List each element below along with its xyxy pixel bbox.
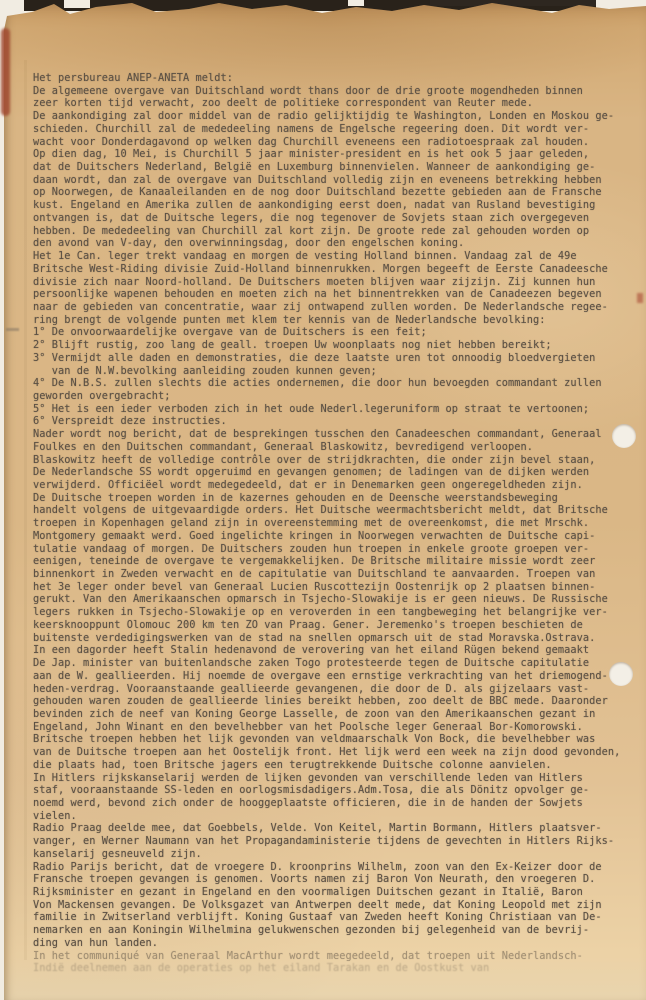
text-line: Fransche troepen gevangen is genomen. Vo… xyxy=(33,873,639,886)
text-line: De Nederlandsche SS wordt opgeruimd en g… xyxy=(33,466,639,479)
text-line: bevinden zich de neef van Koning George … xyxy=(33,708,639,721)
paper-crease xyxy=(24,60,27,960)
text-line: Britsche troepen hebben het lijk gevonde… xyxy=(33,733,639,746)
text-line: ontvangen is, dat de Duitsche legers, di… xyxy=(33,212,639,225)
text-line: De aankondiging zal door middel van de r… xyxy=(33,110,639,123)
red-ink-mark xyxy=(1,28,10,116)
text-line: 1° De onvoorwaardelijke overgave van de … xyxy=(33,326,639,339)
torn-paper-notch xyxy=(64,0,90,8)
text-line: In een dagorder heeft Stalin hedenavond … xyxy=(33,644,639,657)
text-line: het 3e leger onder bevel van Generaal Lu… xyxy=(33,581,639,594)
text-line: legers rukken in Tsjecho-Slowakije op en… xyxy=(33,606,639,619)
text-line: ding van hun landen. xyxy=(33,937,639,950)
text-line: In het communiqué van Generaal MacArthur… xyxy=(33,950,639,963)
text-line: divisie zich naar Noord-holland. De Duit… xyxy=(33,276,639,289)
text-line: wacht voor Donderdagavond op welken dag … xyxy=(33,136,639,149)
text-line: 4° De N.B.S. zullen slechts die acties o… xyxy=(33,377,639,390)
text-line: persoonlijke wapenen behouden en moeten … xyxy=(33,288,639,301)
text-line: verwijderd. Officiëel wordt medegedeeld,… xyxy=(33,479,639,492)
text-line: keersknooppunt Olomouc 200 km ten ZO van… xyxy=(33,619,639,632)
document-text: Het persbureau ANEP-ANETA meldt:De algem… xyxy=(33,72,639,975)
text-line: Von Mackensen gevangen. De Volksgazet va… xyxy=(33,899,639,912)
text-line: daan wordt, dan zal de overgave van Duit… xyxy=(33,174,639,187)
text-line: kanselarij gesneuveld zijn. xyxy=(33,848,639,861)
text-line: 6° Verspreidt deze instructies. xyxy=(33,415,639,428)
text-line: Foulkes en den Duitschen commandant, Gen… xyxy=(33,441,639,454)
text-line: ring brengt de volgende punten met klem … xyxy=(33,314,639,327)
text-line: van de N.W.bevolking aanleiding zouden k… xyxy=(33,365,639,378)
punch-hole xyxy=(612,424,636,448)
text-line: Op dien dag, 10 Mei, is Churchill 5 jaar… xyxy=(33,148,639,161)
text-line: Indië deelnemen aan de operaties op het … xyxy=(33,962,639,975)
text-line: Britsche West-Riding divisie Zuid-Hollan… xyxy=(33,263,639,276)
text-line: heden-verdrag. Vooraanstaande geallieerd… xyxy=(33,683,639,696)
text-line: vanger, en Werner Naumann van het Propag… xyxy=(33,835,639,848)
text-line: staf, vooraanstaande SS-leden en oorlogs… xyxy=(33,784,639,797)
text-line: handelt volgens de uitgevaardigde orders… xyxy=(33,504,639,517)
pencil-dash-mark xyxy=(6,328,19,331)
text-line: eenigen, teneinde de overgave te vergema… xyxy=(33,555,639,568)
text-line: Engeland, John Winant en den bevelhebber… xyxy=(33,721,639,734)
text-line: aan de W. geallieerden. Hij noemde de ov… xyxy=(33,670,639,683)
text-line: De Jap. minister van buitenlandsche zake… xyxy=(33,657,639,670)
text-line: Montgomery gemaakt werd. Goed ingelichte… xyxy=(33,530,639,543)
text-line: In Hitlers rijkskanselarij werden de lij… xyxy=(33,772,639,785)
text-line: Blaskowitz heeft de volledige contrôle o… xyxy=(33,454,639,467)
text-line: De Duitsche troepen worden in de kazerne… xyxy=(33,492,639,505)
text-line: van de Duitsche troepen aan het Oostelij… xyxy=(33,746,639,759)
text-line: Radio Praag deelde mee, dat Goebbels, Ve… xyxy=(33,822,639,835)
text-line: naar de gebieden van concentratie, waar … xyxy=(33,301,639,314)
text-line: dat de Duitschers Nederland, België en L… xyxy=(33,161,639,174)
text-line: gehouden waren zouden de geallieerde lin… xyxy=(33,695,639,708)
text-line: kust. Engeland en Amerika zullen de aank… xyxy=(33,199,639,212)
text-line: die plaats had, toen Britsche jagers een… xyxy=(33,759,639,772)
text-line: vielen. xyxy=(33,810,639,823)
text-line: buitenste verdedigingswerken van de stad… xyxy=(33,632,639,645)
text-line: Radio Parijs bericht, dat de vroegere D.… xyxy=(33,861,639,874)
punch-hole xyxy=(609,662,633,686)
text-line: troepen in Kopenhagen geland zijn in ove… xyxy=(33,517,639,530)
text-line: 3° Vermijdt alle daden en demonstraties,… xyxy=(33,352,639,365)
text-line: familie in Zwitserland verblijft. Koning… xyxy=(33,911,639,924)
text-line: tulatie vandaag of morgen. De Duitschers… xyxy=(33,543,639,556)
text-line: op Noorwegen, de Kanaaleilanden en de no… xyxy=(33,186,639,199)
text-line: den avond van V-day, den overwinningsdag… xyxy=(33,237,639,250)
text-line: 2° Blijft rustig, zoo lang de geall. tro… xyxy=(33,339,639,352)
text-line: Rijksminister en gezant in Engeland en d… xyxy=(33,886,639,899)
text-line: zeer korten tijd verwacht, zoo deelt de … xyxy=(33,97,639,110)
scanned-document: Het persbureau ANEP-ANETA meldt:De algem… xyxy=(0,0,646,1000)
text-line: De algemeene overgave van Duitschland wo… xyxy=(33,85,639,98)
torn-paper-notch xyxy=(348,0,364,6)
text-line: nemarken en aan Koningin Wilhelmina gelu… xyxy=(33,924,639,937)
text-line: binnenkort in Zweden verwacht en de capi… xyxy=(33,568,639,581)
text-line: gerukt. Van den Amerikaanschen opmarsch … xyxy=(33,593,639,606)
text-line: schieden. Churchill zal de mededeeling n… xyxy=(33,123,639,136)
text-line: noemd werd, bevond zich onder de hooggep… xyxy=(33,797,639,810)
text-line: 5° Het is een ieder verboden zich in het… xyxy=(33,403,639,416)
text-line: geworden overgebracht; xyxy=(33,390,639,403)
text-line: Het 1e Can. leger trekt vandaag en morge… xyxy=(33,250,639,263)
text-line: hebben. De mededeeling van Churchill zal… xyxy=(33,225,639,238)
text-line: Het persbureau ANEP-ANETA meldt: xyxy=(33,72,639,85)
text-line: Nader wordt nog bericht, dat de bespreki… xyxy=(33,428,639,441)
